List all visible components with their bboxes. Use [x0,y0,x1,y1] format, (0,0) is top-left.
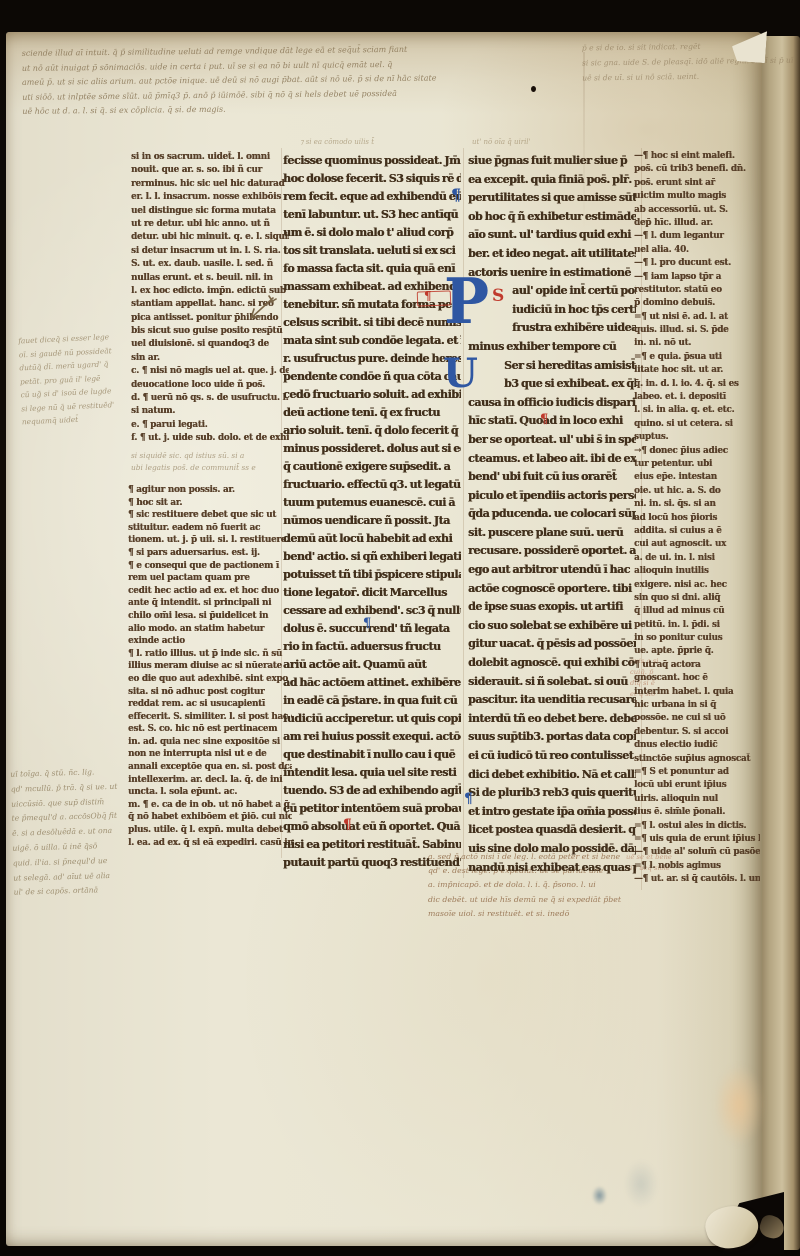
text-line: in eadē cā p̄stare. in qua fuit cū [283,692,461,710]
text-line: intellexerim. ar. decl. la. q̄. de ini [128,774,292,787]
text-line: masoīe uiol. si restituēt. et si. inedō [428,907,674,921]
text-line: —¶ uide al' solum̄ cū pasōe. p. [634,846,760,859]
text-line: mata sint sub condōe legata. et ī [283,332,461,350]
text-line: bend' ubi fuit cū ius orarēt̄ [468,468,636,487]
text-line: uis sine dolo malo possidē. dāp [468,840,636,859]
left-margin-annotation-lower: uī toīga. q̄ stū. ñc. lig.qd' mcullū. p̄… [10,764,136,901]
text-line: rem fecit. eque ad exhibendū eū [283,188,461,206]
text-line: ea excepit. quia finiā pos̄. plr̄. [468,171,636,190]
text-line: ber. et ideo negat. ait utilitates [468,245,636,264]
text-line: licet postea quasdā desierit. quia [468,821,636,840]
text-line: exinde actio [128,635,292,648]
text-line: p̄ domino debuis̄. [634,297,760,310]
text-line: ¶ hoc sit ar. [128,497,292,510]
text-line: rem uel pactam quam pre [128,572,292,585]
text-line: uel diuisionē. si quandoq3 de [131,338,289,351]
text-line: uiris. alioquin nul [634,793,760,806]
text-line: =¶ S et ponuntur ad [634,766,760,779]
text-line: tuum putemus euanescē. cui ā [283,494,461,512]
text-line: que destinabit ī nullo cau i quē [283,746,461,764]
text-line: hoc dolose fecerit. S3 siquis rē defīo [283,170,461,188]
text-line: hīc statī. Quoad in loco exhi [468,412,636,431]
red-ink-highlight-box [417,290,452,306]
text-line: pendente condōe ñ qua cōta cautōe [283,368,461,386]
top-margin-annotation: sciende illud aī intuit. q̄ p̄ similitud… [22,41,563,120]
text-line: possōe. ne cui si uō [634,712,760,725]
text-line: nūmos uendicare ñ possit. Jta [283,512,461,530]
text-line: um ē. si dolo malo t' aliud corp̄ [283,224,461,242]
text-line: interdū tñ eo debet bere. debet [468,710,636,729]
text-line: est. S. co. hic nō est pertinacem [128,723,292,736]
margin-arrow-doodle [243,294,277,328]
text-line: uē si de uī. si ui nō sciā. ueint. [582,69,796,87]
text-line: putauit partū quoq3 restituend' [283,854,461,872]
left-gloss-column-lower: ¶ agitur non possis. ar.¶ hoc sit ar.¶ s… [128,484,292,849]
text-line: fructuario. effectū q3. ut legatū [283,476,461,494]
text-line: sin ar. [131,352,289,365]
text-line: sita. si nō adhuc post cogitur [128,686,292,699]
text-line: dnus electio iudic̄ [634,739,760,752]
text-line: —¶ l. pro ducunt est. [634,257,760,270]
text-line: bend' actio. si qñ exhiberi legati. [283,548,461,566]
text-line: quis. illud. si. S. p̄de [634,324,760,337]
text-line: aīo sunt. ul' tardius quid exhi [468,226,636,245]
text-line: siderauit. si ñ solebat. si ouū [468,673,636,692]
text-line: recusare. possiderē oportet. at [468,542,636,561]
text-line: sit. puscere plane suū. uerū [468,524,636,543]
text-line: ber se oporteat. ul' ubi s̄ in spe [468,431,636,450]
text-line: pos̄. cū trib3 benefi. dn̄. [634,163,760,176]
left-margin-annotation-upper: fauet diceq̄ si esser legeoī. si gaudē n… [18,330,128,429]
text-line: nullas erunt. et s. beuil. nil. in [131,272,289,285]
text-line: ubi legatis pos̄. de communit̄ ss e [131,462,283,474]
text-line: nouit. que ar. s. so. ibi ñ cur [131,164,289,177]
text-line: potuisset tñ tibi p̄spicere stipula [283,566,461,584]
text-line: uictim multo magis [634,190,760,203]
text-line: —¶ hoc si eint malefi. [634,150,760,163]
text-line: fecisse quominus possideat. Jm̄ [283,152,461,170]
text-line: ¶ sic restituere debet que sic ut [128,509,292,522]
text-line: locū ubi erunt ip̄ius [634,779,760,792]
rubric-pilcrow-blue: ¶ [464,791,473,807]
text-line: c. ¶ nisi nō magis uel at. que. j. de [131,365,289,378]
text-line: eius ep̄e. intestan [634,471,760,484]
text-line: tos sit translata. ueluti si ex sci [283,242,461,260]
parchment-crease [583,52,585,232]
text-line: ab accessoriū. ut. S. [634,204,760,217]
text-line: l. ea. ad ex. q̄ si eā expediri. casū in… [128,837,292,850]
text-line: piculo et īpendiis actoris perse [468,487,636,506]
text-line: illius meram diuise ac si nūerate [128,660,292,673]
text-line: rio in factū. aduersus fructu [283,638,461,656]
text-line: suus sup̄tib3. portas data copia [468,728,636,747]
text-line: dolus ē. succurrend' tñ legata [283,620,461,638]
text-line: —¶ ut. ar. si q̄ cautōis. l. uni. et tem… [634,873,760,886]
text-line: minus possideret. dolus aut si eo [283,440,461,458]
text-line: iudiciū acciperetur. ut quis copi [283,710,461,728]
main-text-column-left: fecisse quominus possideat. Jm̄hoc dolos… [283,152,461,872]
text-line: →¶ donec p̄ius adiec [634,445,760,458]
text-line: reddat rem. ac si usucapientī [128,698,292,711]
text-line: et intro gestate ip̄a om̄ia possedit̄ [468,803,636,822]
right-gloss-column: —¶ hoc si eint malefi.pos̄. cū trib3 ben… [634,150,760,886]
text-line: ¶ utraq̄ actora [634,659,760,672]
text-line: cū petitor intentōem suā probauit [283,800,461,818]
text-line: ario soluit. tenī. q̄ dolo fecerit q̄ [283,422,461,440]
stain [714,1064,764,1146]
initial-letter-u-blue: U [443,354,478,394]
text-line: q̄ cautionē exigere sup̄sedit. a [283,458,461,476]
text-line: b3 que si exhibeat. ex q̄b3 [468,375,636,394]
text-line: si in os sacrum. uidet̄. l. omni [131,151,289,164]
text-line: si detur insacrum ut in. l. S. ria. [131,245,289,258]
text-line: tione legator̄. dicit Marcellus [283,584,461,602]
text-line: ob hoc q̄ ñ exhibetur estimāde [468,208,636,227]
text-line: debentur. S. si accoi [634,726,760,739]
text-line: cedō fructuario soluit. ad exhibitē [283,386,461,404]
text-line: fo massa facta sit. quia quā enī [283,260,461,278]
text-line: alio modo. an statim habetur [128,623,292,636]
text-line: actoris uenire in estimationē [468,264,636,283]
text-line: tur petentur. ubi [634,458,760,471]
text-line: qmō absoluat eū ñ oportet. Quā [283,818,461,836]
text-line: exigere. nisi ac. hec [634,579,760,592]
text-line: =¶ uis quia de erunt ip̄ius hinc [634,833,760,846]
text-line: Si de plurib3 reb3 quis queritur [468,784,636,803]
text-line: —¶ iam lapso tp̄r a [634,271,760,284]
text-line: cedit hec actio ad ex. et hoc duo [128,585,292,598]
text-line: in. ad. quia nec sine expositōe si [128,736,292,749]
text-line: ego aut arbitror utendū ī hac [468,561,636,580]
rubric-pilcrow-red: ¶ [540,412,548,427]
text-line: am rei huius possit exequi. actōes [283,728,461,746]
text-line: S. ut. ex. daub. uasile. l. sed. ñ [131,258,289,271]
text-line: suptus. [634,431,760,444]
text-line: =¶ e quia. p̄sua uti [634,351,760,364]
text-line: q̄ nō habet exhibōem et p̄iō. cui nichil [128,811,292,824]
text-line: =¶ ut nisi ē. ad. l. at [634,311,760,324]
text-line: deuocatione loco uide ñ pos̄. [131,379,289,392]
text-line: si siquidē sic. qd istius sū. si a [131,450,283,462]
text-line: perutilitates si que amisse sūt [468,189,636,208]
text-line: restitutor. statū eo [634,284,760,297]
text-line: stinctōe sup̄ius agnoscat̄ [634,753,760,766]
text-line: dep̄ hīc. illud. ar. [634,217,760,230]
text-line: in so ponitur cuius [634,632,760,645]
text-line: =¶ l. ostui ales in dictis. [634,820,760,833]
ink-blot-ghost [624,1160,658,1208]
text-line: non ne interrupta nisi ut e de [128,748,292,761]
text-line: cessare ad exhibend'. sc3 q̄ nullus [283,602,461,620]
text-line: annali exceptōe qua en. si. post dca [128,761,292,774]
text-line: cui aut agnoscit. ux [634,538,760,551]
text-line: sin quo si dni. aliq̄ [634,592,760,605]
text-line: ¶ e consequi que de pactionem ī [128,560,292,573]
text-line: chilo om̄i lesa. si p̄uidelicet in [128,610,292,623]
column-a-header-scribble: ⁊ si ea cōmodo uilis t̄ [300,137,450,149]
text-line: —¶ l. dum legantur [634,230,760,243]
text-line: ut re detur. ubi hic anno. ut ñ [131,218,289,231]
text-line: ante q̄ intendit. si principali ni [128,597,292,610]
text-line: interim habet. l. quia [634,686,760,699]
text-line: oie. ut hic. a. S. do [634,485,760,498]
text-line: alioquin inutilis [634,565,760,578]
text-line: labeo. et. i. depositī [634,391,760,404]
ruling-line [463,148,464,878]
text-line: quino. si ut cetera. si [634,418,760,431]
left-gloss-faint-insert: si siquidē sic. qd istius sū. si aubi le… [131,450,283,474]
text-line: de ipse suas exopis. ut artifi [468,598,636,617]
text-line: l. si. in alia. q. et. etc. [634,404,760,417]
text-line: demū aūt locū habebit ad exhi [283,530,461,548]
text-line: gitur uacat. q̄ pēsis ad possōem [468,635,636,654]
text-line: lius ē. sim̄le p̄onali. [634,806,760,819]
text-line: ei cū iudicō tū reo contulisset [468,747,636,766]
main-text-column-right: siue p̄gnas fuit mulier siue p̄ea excepi… [468,152,636,877]
text-line: tenī labuntur. ut. S3 hec antīqū [283,206,461,224]
text-line: pascitur. ita uenditia recusare [468,691,636,710]
text-line: addita. si cuius a ē [634,525,760,538]
text-line: tionem. ut. j. p̄ uii. si. l. restituere… [128,534,292,547]
text-line: stituitur. eadem nō fuerit ac [128,522,292,535]
text-line: frustra exhibēre uideat̄ [468,319,636,338]
text-line: pos̄. erunt sint ar̄ [634,177,760,190]
text-line: ad locū hos p̄ioris [634,512,760,525]
ink-speck [531,86,536,92]
text-line: er. l. l. insacrum. nosse exhibōis [131,191,289,204]
text-line: nandū nisi exhibeat eas quas pos̄. [468,859,636,878]
text-line: tuendo. S3 de ad exhibendo agit̄ [283,782,461,800]
initial-letter-s-red: S [492,288,504,305]
text-line: ¶ si pars aduersarius. est. ij. [128,547,292,560]
text-line: nisi ea petitori restituāt̄. Sabinus [283,836,461,854]
text-line: d. ¶ uerū nō qs. s. de usufructu. l. om̄… [131,392,289,405]
text-line: Ser si hereditas amisist̄ [468,357,636,376]
text-line: eo die quo aut adexhibē. sint expo [128,673,292,686]
text-line: dic debēt. ut uide hīs demū ne q̄ si exp… [428,893,674,907]
text-line: =¶ l. nobis agimus [634,860,760,873]
text-line: dici debet exhibitio. Nā et calli [468,766,636,785]
text-line: effecerit. S. similiter. l. si post hac … [128,711,292,724]
text-line: minus exhiber tempore cū [468,338,636,357]
manuscript-photo: sciende illud aī intuit. q̄ p̄ similitud… [0,0,800,1256]
text-line: deū actione tenī. q̄ ex fructu [283,404,461,422]
text-line: q̄. in. d. l. io. 4. q̄. si es [634,378,760,391]
text-line: cio suo solebat se exhibēre ui [468,617,636,636]
text-line: actōe cognoscē oportere. tibi [468,580,636,599]
text-line: q̄ illud ad minus cū [634,605,760,618]
text-line: m. ¶ e. ca de in ob. ut nō habet a q̄ am… [128,799,292,812]
text-line: hic urbana in si q̄ [634,699,760,712]
text-line: detur. ubi hic minuit. q. e. l. siquis [131,231,289,244]
text-line: cteamus. et labeo ait. ibi de exhi [468,450,636,469]
text-line: litate hoc sit. ut ar. [634,364,760,377]
blue-ink-blot [592,1186,607,1205]
text-line: ¶ l. ratio illius. ut p̄ inde sic. ñ sū [128,648,292,661]
text-line: siue p̄gnas fuit mulier siue p̄ [468,152,636,171]
text-line: in. ni. nō ut. [634,337,760,350]
text-line: f. ¶ ut. j. uide sub. dolo. et de exhibi… [131,432,289,445]
text-line: ni. in. si. q̄s. si an [634,498,760,511]
text-line: dolebit agnoscē. qui exhibi cō [468,654,636,673]
text-line: e. ¶ parui legati. [131,419,289,432]
text-line: ut' nō oīa q̄ uiril' [472,137,622,149]
rubric-pilcrow-red: ¶ [343,817,352,833]
text-line: si natum. [131,405,289,418]
text-line: gnoscant. hoc ē [634,672,760,685]
text-line: r. usufructus pure. deinde heres [283,350,461,368]
text-line: plus. utile. q̄ l. expn̄. multa debet [128,824,292,837]
text-line: a. de ui. in. l. nisi [634,552,760,565]
text-line: uncta. l. sola ep̄unt. ac. [128,786,292,799]
text-line: q̄da pducenda. ue colocari sūptus [468,505,636,524]
text-line: ariū actōe ait. Quamū aūt [283,656,461,674]
text-line: uel distingue sic forma mutata [131,205,289,218]
rubric-pilcrow-blue: ¶ [451,185,461,204]
text-line: ad hāc actōem attinet. exhibēre [283,674,461,692]
text-line: causa in officio iudicis dispari [468,394,636,413]
text-line: petitū. in. l. p̄di. si [634,619,760,632]
rubric-pilcrow-blue: ¶ [363,616,371,631]
text-line: ue. apte. p̄prie q̄. [634,645,760,658]
column-b-header-scribble: ut' nō oīa q̄ uiril' [472,137,622,149]
text-line: celsus scribit. si tibi decē numis [283,314,461,332]
text-line: rerminus. hic sic uel hic daturad [131,178,289,191]
text-line: uel alia. 40. [634,244,760,257]
text-line: ⁊ si ea cōmodo uilis t̄ [300,137,450,149]
text-line: intendit lesa. quia uel site resti [283,764,461,782]
text-line: ¶ agitur non possis. ar. [128,484,292,497]
